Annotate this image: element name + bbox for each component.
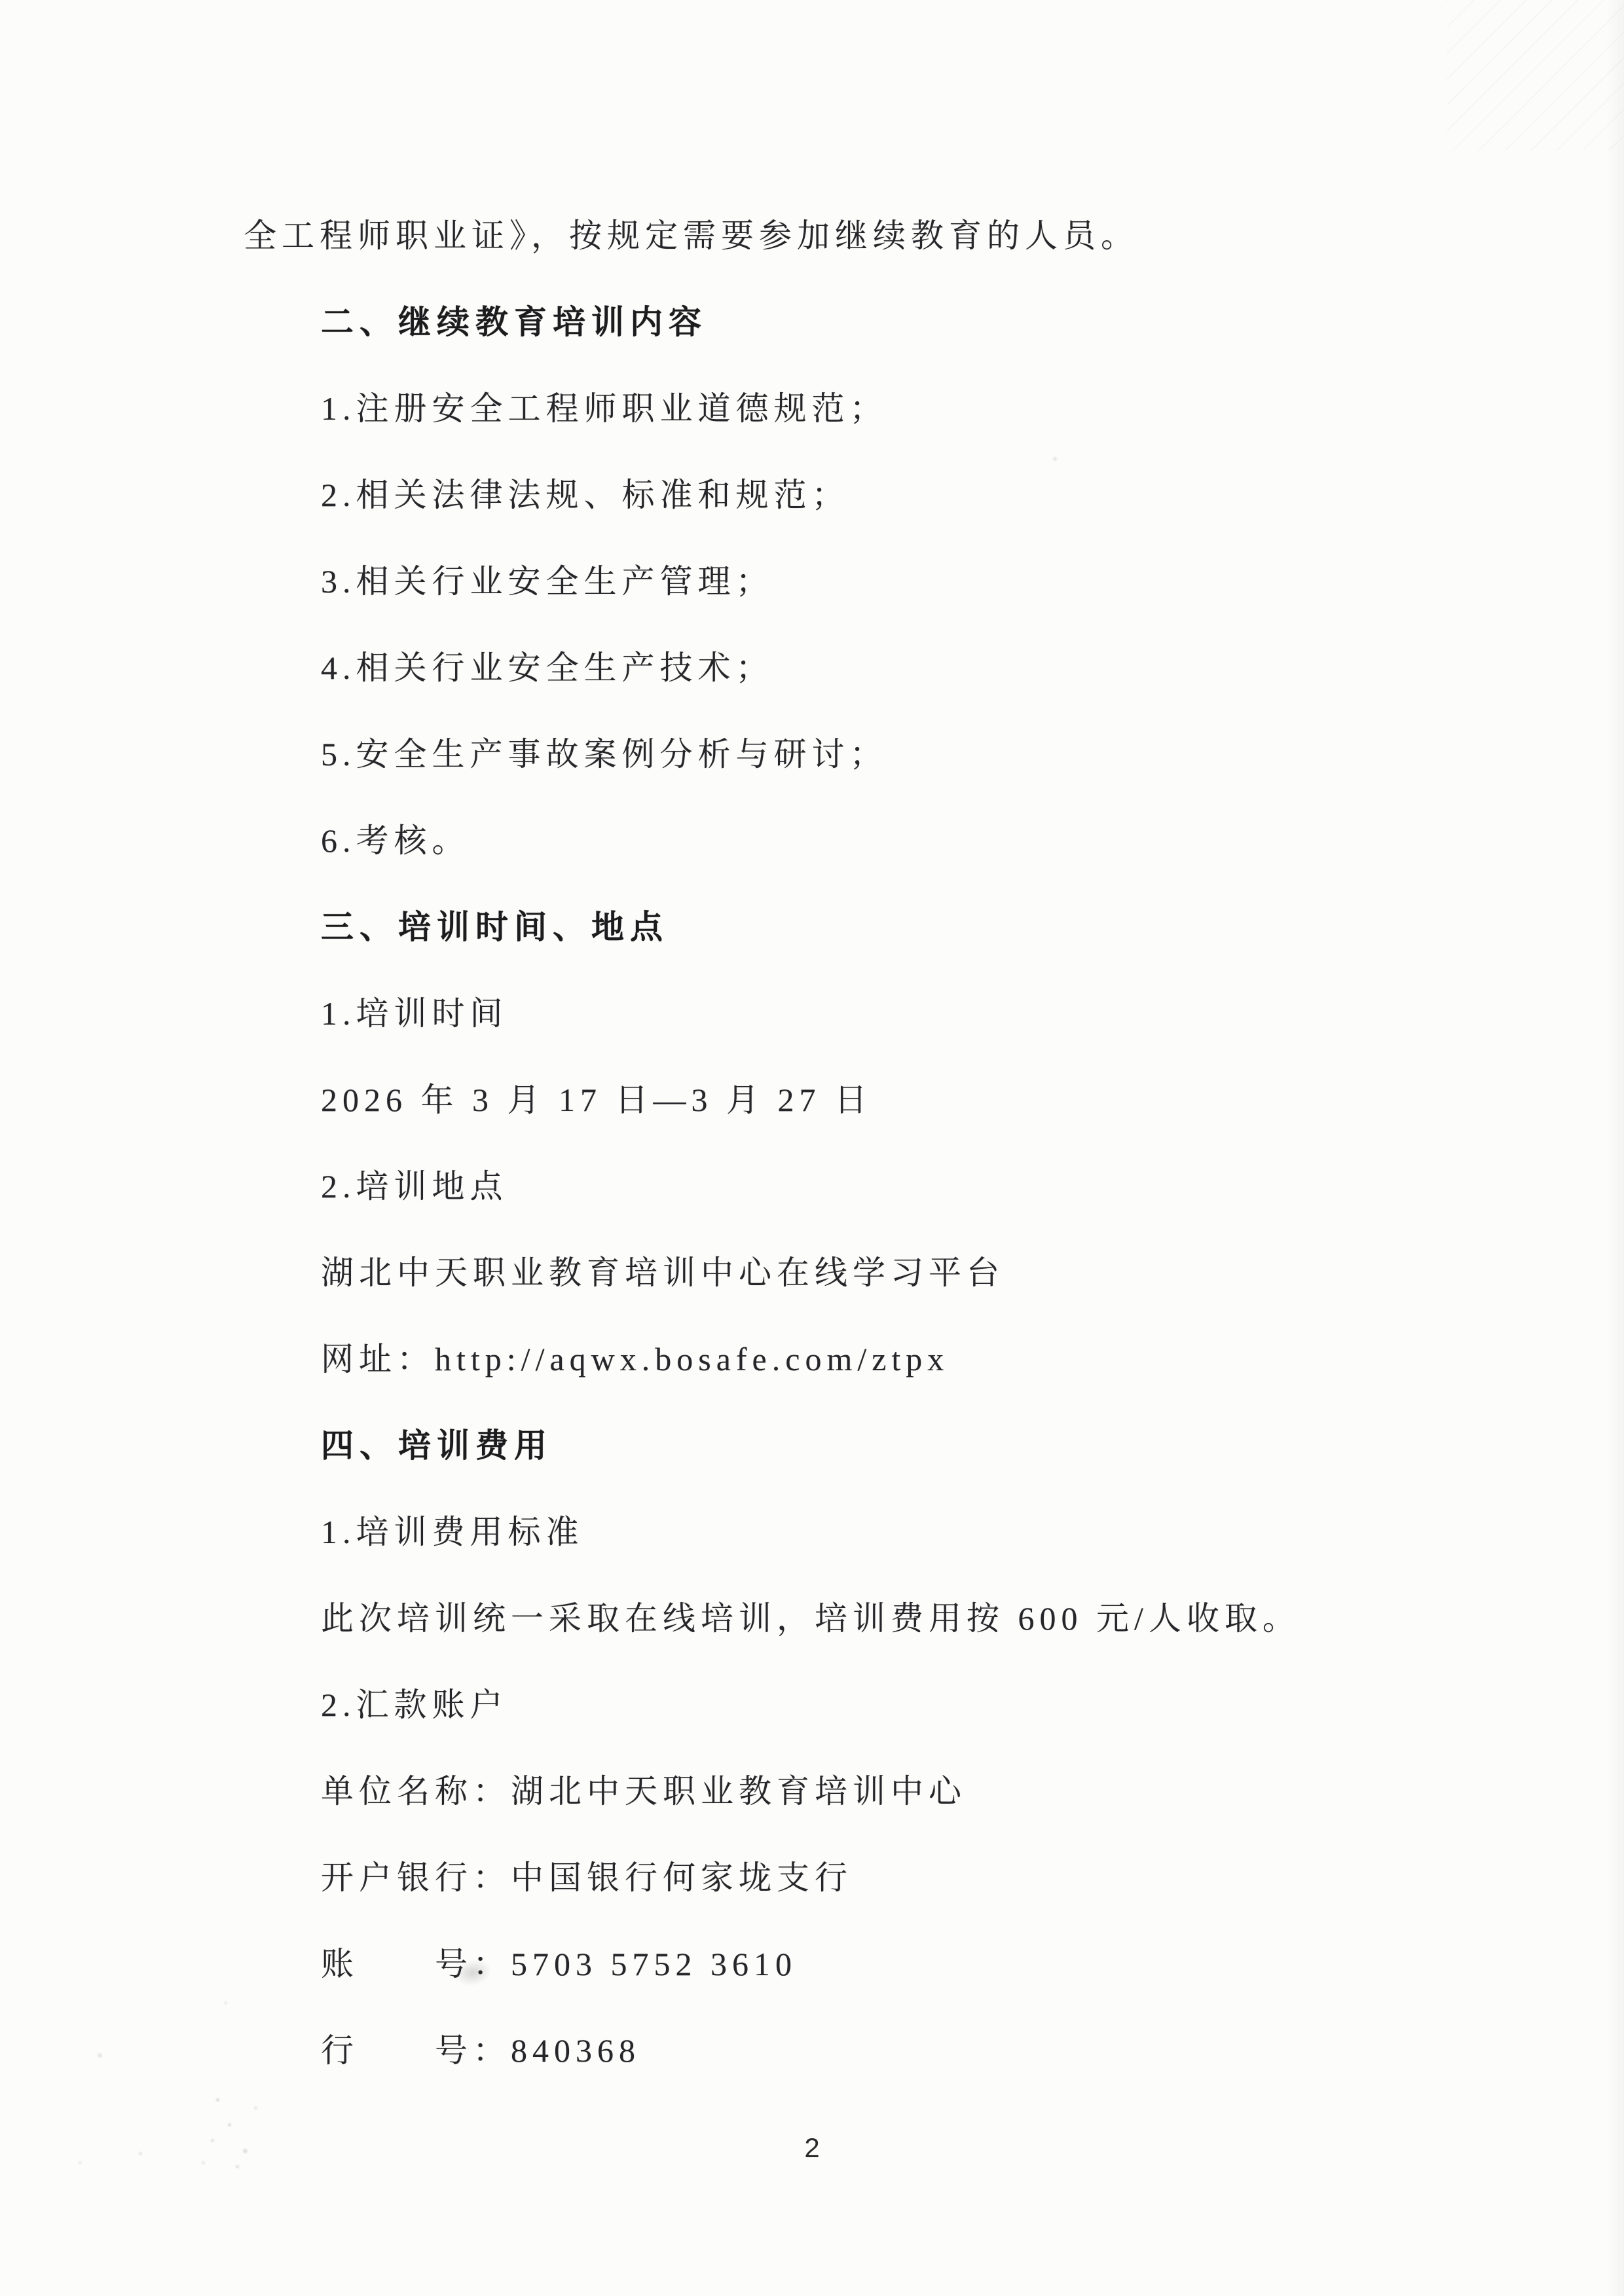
page-number: 2 [0,2130,1624,2166]
account-bank-line: 开户银行：中国银行何家垅支行 [321,1855,853,1901]
sub-item-training-location: 2.培训地点 [321,1163,508,1209]
bank-branch-number-line: 行 号：840368 [321,2028,640,2073]
section-heading-2: 二、继续教育培训内容 [321,299,707,345]
section-heading-4: 四、培训费用 [321,1423,553,1468]
website-url-line: 网址：http://aqwx.bosafe.com/ztpx [321,1336,949,1382]
fee-description-line: 此次培训统一采取在线培训，培训费用按 600 元/人收取。 [321,1595,1301,1641]
list-item-5: 5.安全生产事故案例分析与研讨； [321,731,888,777]
account-number-line: 账 号：5703 5752 3610 [321,1941,797,1987]
training-date-range: 2026 年 3 月 17 日—3 月 27 日 [321,1077,872,1123]
account-unit-name-line: 单位名称：湖北中天职业教育培训中心 [321,1768,967,1814]
sub-item-remittance-account: 2.汇款账户 [321,1682,508,1728]
section-heading-3: 三、培训时间、地点 [321,904,669,950]
scan-artifact-edge-band [1606,0,1624,2296]
list-item-4: 4.相关行业安全生产技术； [321,645,774,691]
scan-artifact-corner-streaks [1447,0,1624,151]
sub-item-training-time: 1.培训时间 [321,991,508,1036]
list-item-6: 6.考核。 [321,818,470,864]
list-item-3: 3.相关行业安全生产管理； [321,558,774,604]
scan-artifact-dot [1053,457,1057,461]
sub-item-fee-standard: 1.培训费用标准 [321,1509,584,1555]
scan-artifact-speckles [216,2098,219,2102]
body-continuation-line: 全工程师职业证》，按规定需要参加继续教育的人员。 [244,213,1139,259]
scanned-document-page: 全工程师职业证》，按规定需要参加继续教育的人员。 二、继续教育培训内容 1.注册… [0,0,1624,2296]
list-item-1: 1.注册安全工程师职业道德规范； [321,386,888,431]
training-platform-name: 湖北中天职业教育培训中心在线学习平台 [321,1250,1005,1296]
list-item-2: 2.相关法律法规、标准和规范； [321,472,850,518]
